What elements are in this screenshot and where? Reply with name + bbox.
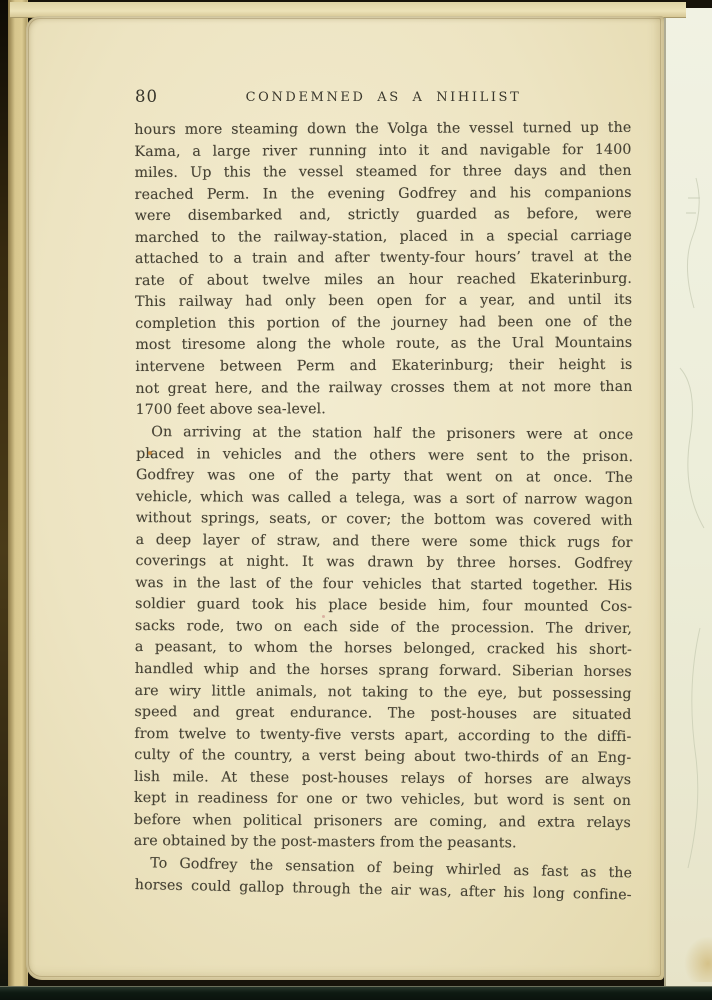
text-line: coverings at night. It was drawn by thre… [135,551,632,576]
paragraph: To Godfrey the sensation of being whirle… [135,853,633,906]
text-line: speed and great endurance. The post-hous… [134,702,631,727]
text-line: On arriving at the station half the pris… [136,422,633,447]
text-line: Godfrey was one of the party that went o… [136,465,633,490]
book-page: 80 CONDEMNED AS A NIHILIST hours more st… [26,16,664,980]
text-line: a peasant, to whom the horses belonged, … [135,637,632,662]
ink-speck [148,451,152,455]
text-line: kept in readiness for one or two vehicle… [134,788,631,813]
page-header: 80 CONDEMNED AS A NIHILIST [135,87,632,109]
text-line: not great here, and the railway crosses … [135,376,632,400]
running-title: CONDEMNED AS A NIHILIST [135,90,632,105]
text-line: vehicle, which was called a telega, was … [136,486,633,511]
text-line: hours more steaming down the Volga the v… [134,118,631,142]
paper-stain [684,936,712,982]
paragraph: hours more steaming down the Volga the v… [134,118,632,422]
text-line: placed in vehicles and the others were s… [136,443,633,468]
text-line: attached to a train and after twenty-fou… [135,247,632,271]
book-gutter [8,0,28,996]
text-line: without springs, seats, or cover; the bo… [136,508,633,533]
book-spine-shadow [0,0,8,1000]
text-line: completion this portion of the journey h… [135,312,632,336]
text-line: before when political prisoners are comi… [134,809,631,834]
text-line: sacks rode, two on each side of the proc… [135,616,632,641]
text-line: soldier guard took his place beside him,… [135,594,632,619]
text-line: miles. Up this the vessel steamed for th… [135,161,632,185]
body-text: hours more steaming down the Volga the v… [135,120,632,896]
text-line: from twelve to twenty-five versts apart,… [134,723,631,748]
faint-map-lines [666,8,712,992]
facing-page-edge [664,8,712,992]
text-line: were disembarked and, strictly guarded a… [135,204,632,228]
text-line: This railway had only been open for a ye… [135,290,632,314]
paragraph: On arriving at the station half the pris… [134,422,634,856]
text-line: a deep layer of straw, and there were so… [136,529,633,554]
text-line: marched to the railway-station, placed i… [135,226,632,250]
book-cover-bottom [0,986,712,1000]
text-line: 1700 feet above sea-level. [136,398,633,422]
text-line: rate of about twelve miles an hour reach… [135,269,632,293]
text-line: handled whip and the horses sprang forwa… [135,659,632,684]
text-line: reached Perm. In the evening Godfrey and… [135,182,632,206]
text-line: Kama, a large river running into it and … [134,139,631,163]
text-line: intervene between Perm and Ekaterinburg;… [135,355,632,379]
ink-speck [322,615,325,618]
text-line: most tiresome along the whole route, as … [135,333,632,357]
text-line: lish mile. At these post-houses relays o… [134,766,631,791]
text-line: are wiry little animals, not taking to t… [135,680,632,705]
text-line: culty of the country, a verst being abou… [134,745,631,770]
text-line: are obtained by the post-masters from th… [134,831,631,856]
text-line: was in the last of the four vehicles tha… [135,572,632,597]
